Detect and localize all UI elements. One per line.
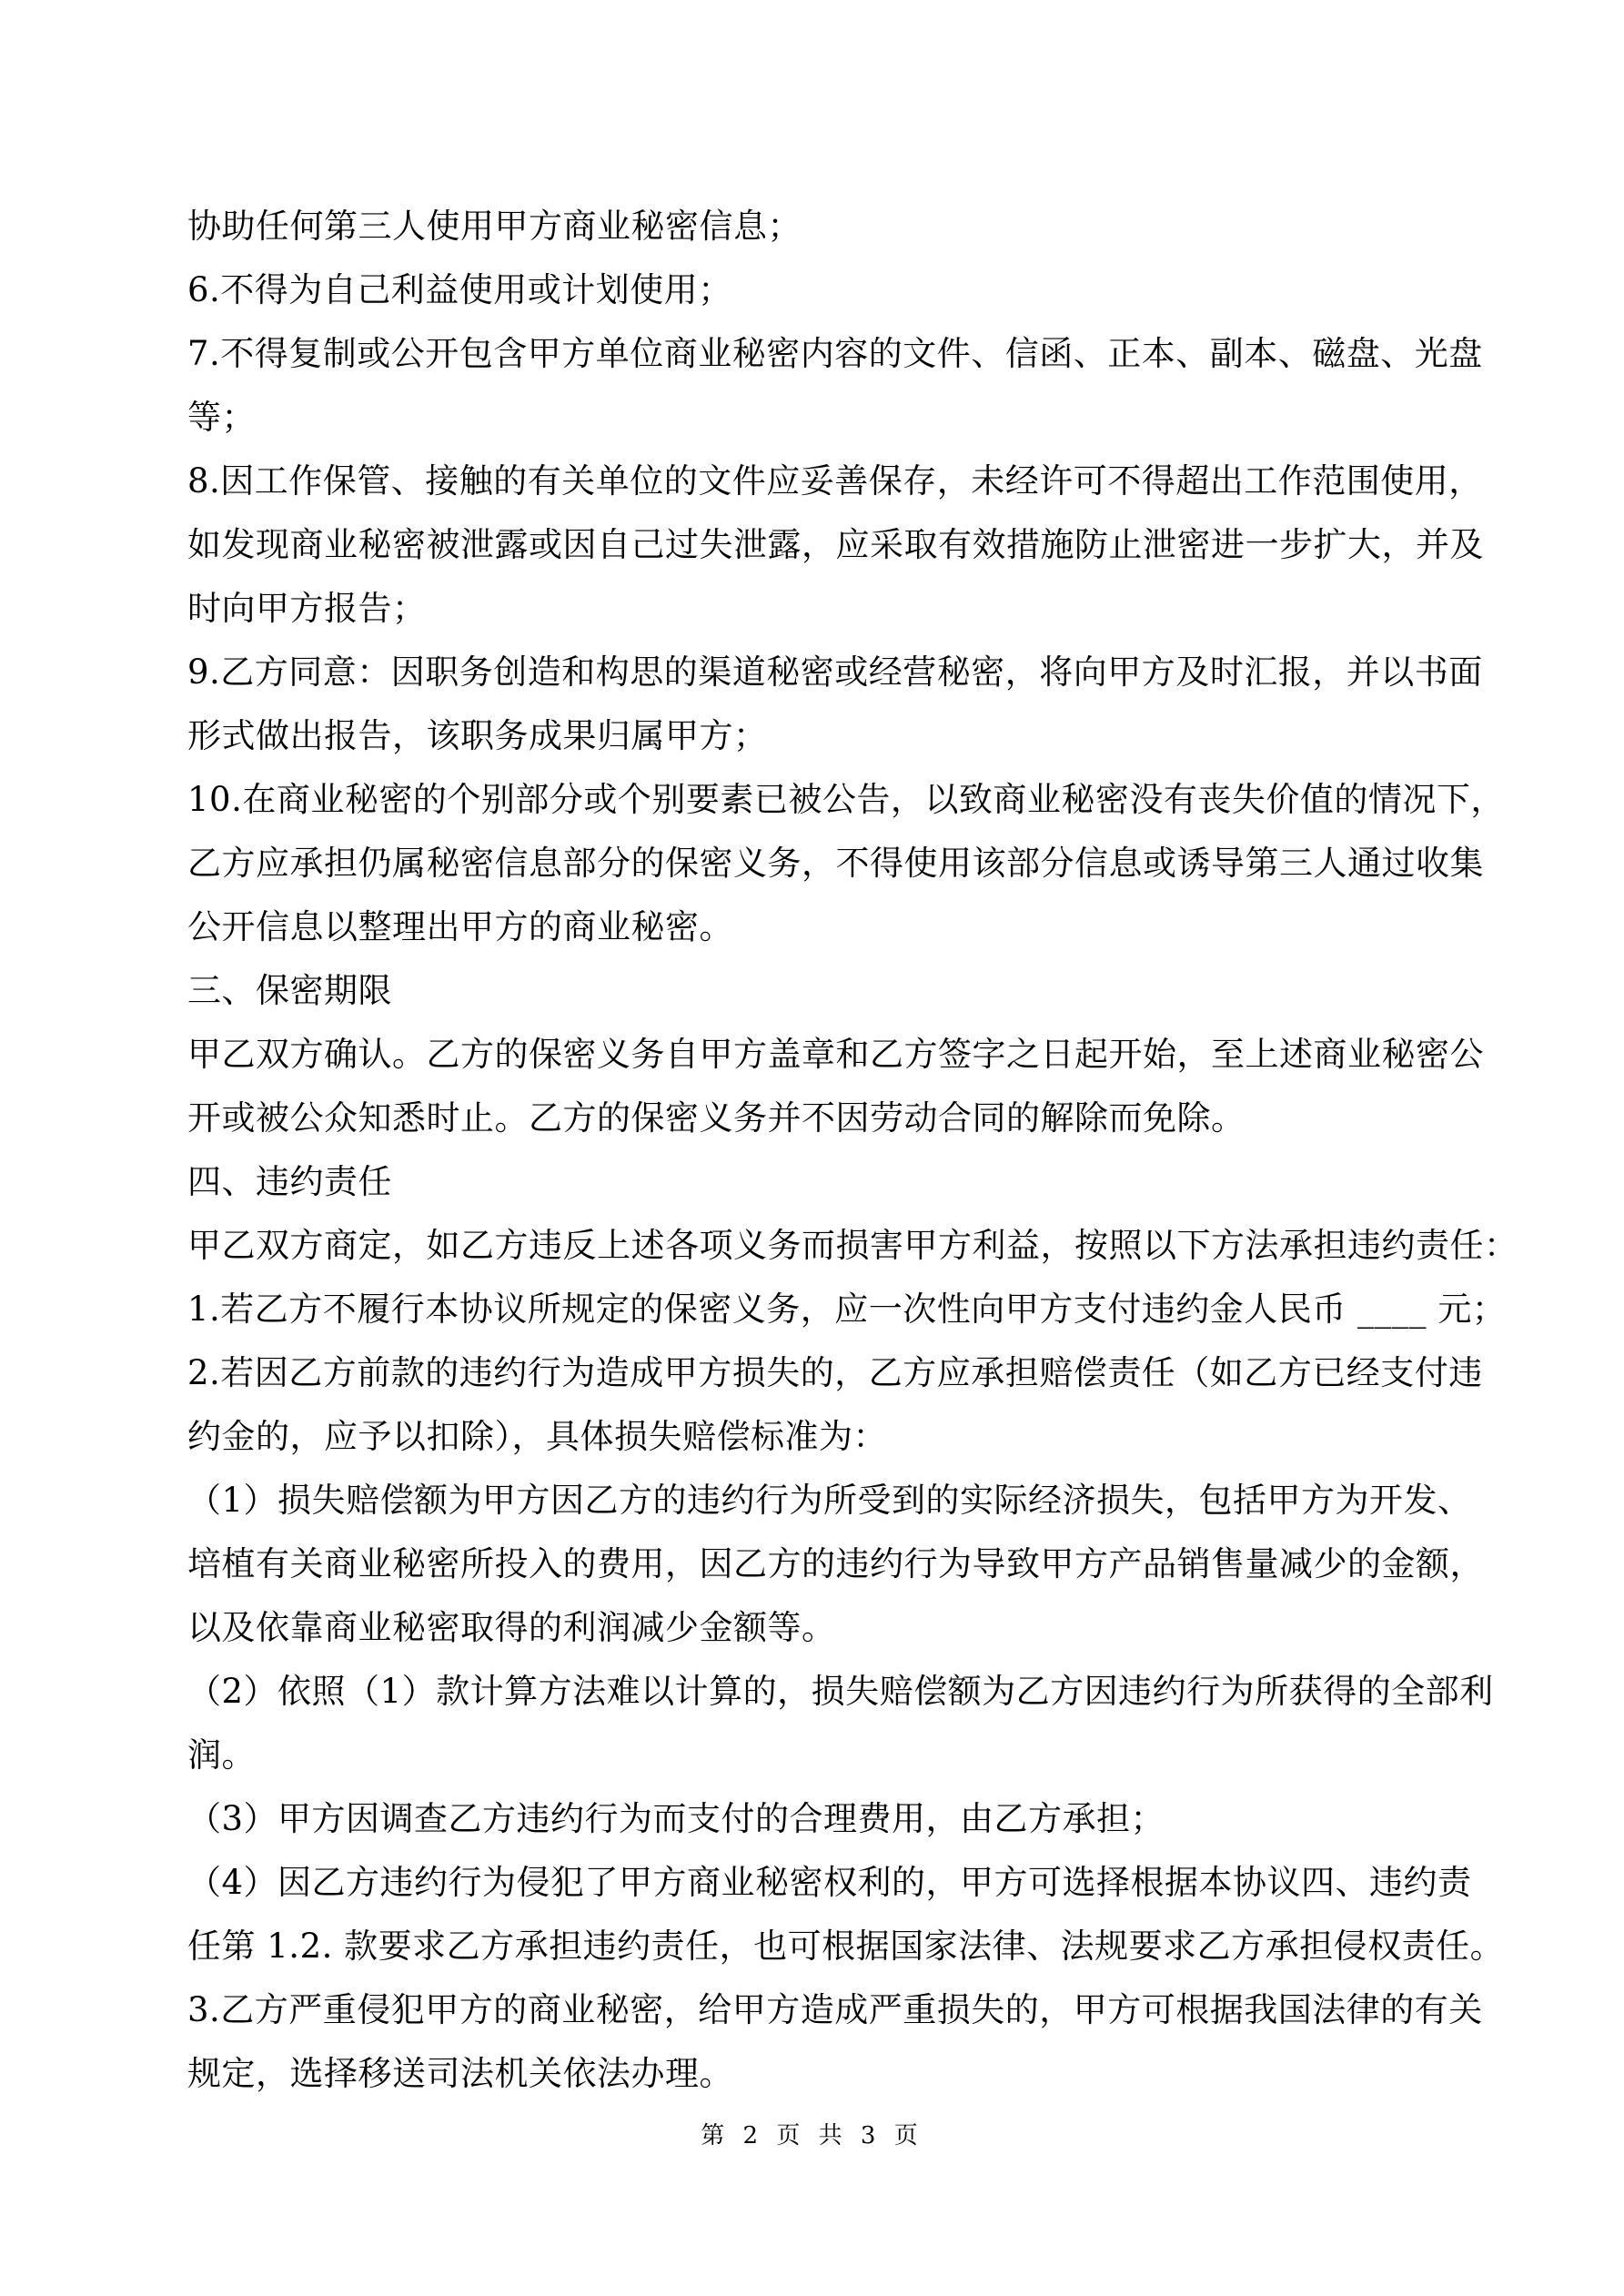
clause-item-3: 3.乙方严重侵犯甲方的商业秘密，给甲方造成严重损失的，甲方可根据我国法律的有关 (187, 1978, 1476, 2042)
text-line: 润。 (187, 1724, 1476, 1787)
clause-item-9: 9.乙方同意：因职务创造和构思的渠道秘密或经营秘密，将向甲方及时汇报，并以书面 (187, 641, 1476, 704)
text-line: 协助任何第三人使用甲方商业秘密信息； (187, 195, 1476, 258)
text-line: 形式做出报告，该职务成果归属甲方； (187, 704, 1476, 768)
page-number-footer: 第 2 页 共 3 页 (0, 2119, 1624, 2153)
section-heading-3: 三、保密期限 (187, 959, 1476, 1023)
text-line: 培植有关商业秘密所投入的费用，因乙方的违约行为导致甲方产品销售量减少的金额， (187, 1532, 1476, 1596)
text-line: 甲乙双方确认。乙方的保密义务自甲方盖章和乙方签字之日起开始，至上述商业秘密公 (187, 1023, 1476, 1087)
text-line: 如发现商业秘密被泄露或因自己过失泄露，应采取有效措施防止泄密进一步扩大，并及 (187, 513, 1476, 577)
text-line: 时向甲方报告； (187, 577, 1476, 641)
section-heading-4: 四、违约责任 (187, 1150, 1476, 1214)
text-line: 等； (187, 386, 1476, 450)
document-page: 协助任何第三人使用甲方商业秘密信息； 6.不得为自己利益使用或计划使用； 7.不… (0, 0, 1624, 2296)
clause-item-10: 10.在商业秘密的个别部分或个别要素已被公告，以致商业秘密没有丧失价值的情况下， (187, 768, 1476, 832)
text-line: 甲乙双方商定，如乙方违反上述各项义务而损害甲方利益，按照以下方法承担违约责任： (187, 1214, 1476, 1278)
subclause-4: （4）因乙方违约行为侵犯了甲方商业秘密权利的，甲方可选择根据本协议四、违约责 (187, 1851, 1476, 1915)
text-line: 乙方应承担仍属秘密信息部分的保密义务，不得使用该部分信息或诱导第三人通过收集 (187, 832, 1476, 895)
clause-item-1-with-blank: 1.若乙方不履行本协议所规定的保密义务，应一次性向甲方支付违约金人民币 ____… (187, 1278, 1476, 1341)
subclause-2: （2）依照（1）款计算方法难以计算的，损失赔偿额为乙方因违约行为所获得的全部利 (187, 1660, 1476, 1724)
text-line: 公开信息以整理出甲方的商业秘密。 (187, 895, 1476, 959)
clause-item-7: 7.不得复制或公开包含甲方单位商业秘密内容的文件、信函、正本、副本、磁盘、光盘 (187, 322, 1476, 386)
text-line: 以及依靠商业秘密取得的利润减少金额等。 (187, 1596, 1476, 1660)
subclause-1: （1）损失赔偿额为甲方因乙方的违约行为所受到的实际经济损失，包括甲方为开发、 (187, 1469, 1476, 1532)
text-line: 任第 1.2. 款要求乙方承担违约责任，也可根据国家法律、法规要求乙方承担侵权责… (187, 1915, 1476, 1978)
text-line: 规定，选择移送司法机关依法办理。 (187, 2042, 1476, 2106)
text-line: 约金的，应予以扣除），具体损失赔偿标准为： (187, 1405, 1476, 1469)
subclause-3: （3）甲方因调查乙方违约行为而支付的合理费用，由乙方承担； (187, 1787, 1476, 1851)
text-line: 开或被公众知悉时止。乙方的保密义务并不因劳动合同的解除而免除。 (187, 1087, 1476, 1150)
clause-item-6: 6.不得为自己利益使用或计划使用； (187, 258, 1476, 322)
document-body: 协助任何第三人使用甲方商业秘密信息； 6.不得为自己利益使用或计划使用； 7.不… (187, 195, 1476, 2106)
clause-item-2: 2.若因乙方前款的违约行为造成甲方损失的，乙方应承担赔偿责任（如乙方已经支付违 (187, 1341, 1476, 1405)
clause-item-8: 8.因工作保管、接触的有关单位的文件应妥善保存，未经许可不得超出工作范围使用， (187, 450, 1476, 513)
